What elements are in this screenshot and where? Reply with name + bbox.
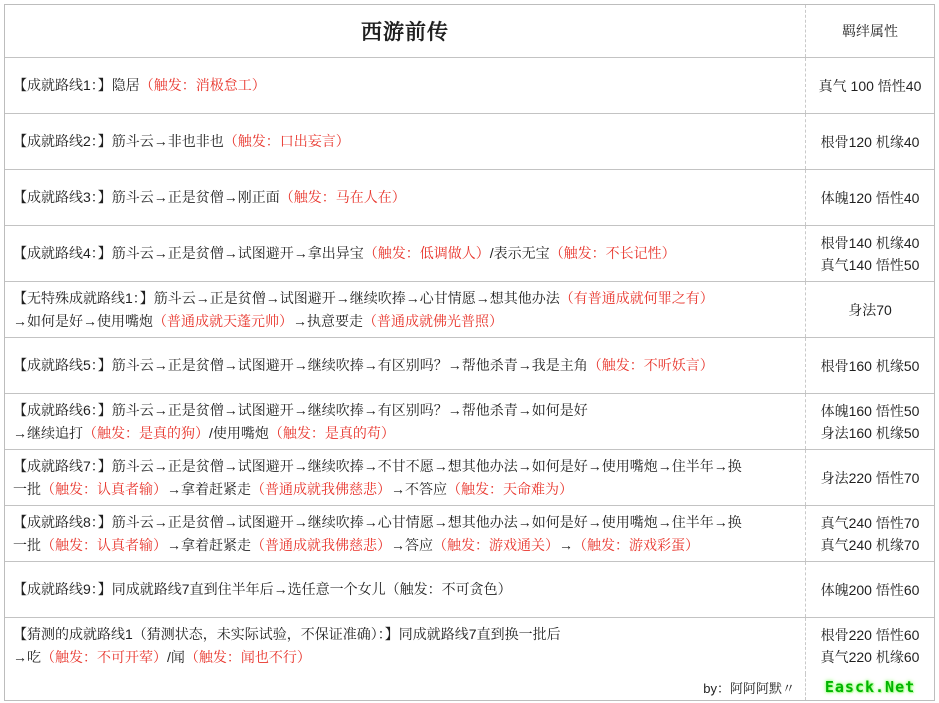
table-row: 【成就路线7：】筋斗云→正是贫僧→试图避开→继续吹捧→不甘不愿→想其他办法→如何… xyxy=(5,450,934,506)
table-row: 【成就路线6：】筋斗云→正是贫僧→试图避开→继续吹捧→有区别吗？→帮他杀青→如何… xyxy=(5,394,934,450)
table-row: 【成就路线1：】隐居（触发：消极怠工）真气 100 悟性40 xyxy=(5,58,934,114)
bond-attr-value: 身法70 xyxy=(848,299,892,321)
bond-attr-value: 真气240 机缘70 xyxy=(821,534,920,556)
route-line: 【猜测的成就路线1（猜测状态，未实际试验，不保证准确）：】同成就路线7直到换一批… xyxy=(13,623,797,646)
route-text: →吃 xyxy=(13,649,41,665)
guide-table: 西游前传 羁绊属性 【成就路线1：】隐居（触发：消极怠工）真气 100 悟性40… xyxy=(4,4,935,701)
route-cell: 【成就路线9：】同成就路线7直到住半年后→选任意一个女儿（触发：不可贪色） xyxy=(5,562,806,617)
route-text: 【成就路线4：】筋斗云→正是贫僧→试图避开→拿出异宝 xyxy=(13,245,364,261)
trigger-text: （普通成就佛光普照） xyxy=(363,313,503,329)
route-text: 【成就路线5：】筋斗云→正是贫僧→试图避开→继续吹捧→有区别吗？→帮他杀青→我是… xyxy=(13,357,588,373)
bond-attr-value: 真气220 机缘60 xyxy=(821,646,920,668)
route-line: 一批（触发：认真者输）→拿着赶紧走（普通成就我佛慈悲）→不答应（触发：天命难为） xyxy=(13,478,797,501)
author-credit: by：阿阿阿默〃 xyxy=(703,678,795,697)
attr-column-header: 羁绊属性 xyxy=(842,21,898,41)
trigger-text: （触发：是真的苟） xyxy=(269,425,395,441)
bond-attr-cell: 根骨120 机缘40 xyxy=(806,114,934,169)
trigger-text: （触发：认真者输） xyxy=(41,537,167,553)
route-text: 【成就路线1：】隐居 xyxy=(13,77,140,93)
trigger-text: （触发：天命难为） xyxy=(447,481,573,497)
trigger-text: （触发：不长记性） xyxy=(550,245,676,261)
table-row: 【成就路线8：】筋斗云→正是贫僧→试图避开→继续吹捧→心甘情愿→想其他办法→如何… xyxy=(5,506,934,562)
trigger-text: （触发：马在人在） xyxy=(280,189,406,205)
route-text: →答应 xyxy=(391,537,433,553)
route-text: →拿着赶紧走 xyxy=(167,537,251,553)
trigger-text: （触发：不听妖言） xyxy=(588,357,714,373)
route-text: 【成就路线7：】筋斗云→正是贫僧→试图避开→继续吹捧→不甘不愿→想其他办法→如何… xyxy=(13,458,742,474)
bond-attr-value: 根骨140 机缘40 xyxy=(821,232,920,254)
route-line: 一批（触发：认真者输）→拿着赶紧走（普通成就我佛慈悲）→答应（触发：游戏通关）→… xyxy=(13,534,797,557)
trigger-text: （触发：消极怠工） xyxy=(140,77,266,93)
route-cell: 【成就路线7：】筋斗云→正是贫僧→试图避开→继续吹捧→不甘不愿→想其他办法→如何… xyxy=(5,450,806,505)
table-row: 【成就路线5：】筋斗云→正是贫僧→试图避开→继续吹捧→有区别吗？→帮他杀青→我是… xyxy=(5,338,934,394)
trigger-text: （普通成就我佛慈悲） xyxy=(251,481,391,497)
route-cell: 【成就路线4：】筋斗云→正是贫僧→试图避开→拿出异宝（触发：低调做人）/表示无宝… xyxy=(5,226,806,281)
route-line: 【成就路线3：】筋斗云→正是贫僧→刚正面（触发：马在人在） xyxy=(13,186,797,209)
bond-attr-value: 根骨220 悟性60 xyxy=(821,624,920,646)
route-line: 【成就路线2：】筋斗云→非也非也（触发：口出妄言） xyxy=(13,130,797,153)
trigger-text: （有普通成就何罪之有） xyxy=(560,290,714,306)
credit-cell: by：阿阿阿默〃 xyxy=(5,674,806,700)
route-cell: 【无特殊成就路线1：】筋斗云→正是贫僧→试图避开→继续吹捧→心甘情愿→想其他办法… xyxy=(5,282,806,337)
route-line: 【成就路线9：】同成就路线7直到住半年后→选任意一个女儿（触发：不可贪色） xyxy=(13,578,797,601)
bond-attr-cell: 体魄120 悟性40 xyxy=(806,170,934,225)
route-text: →继续追打 xyxy=(13,425,83,441)
route-line: 【无特殊成就路线1：】筋斗云→正是贫僧→试图避开→继续吹捧→心甘情愿→想其他办法… xyxy=(13,287,797,310)
bond-attr-cell: 根骨140 机缘40真气140 悟性50 xyxy=(806,226,934,281)
route-text: /使用嘴炮 xyxy=(209,425,269,441)
route-text: 一批 xyxy=(13,481,41,497)
route-line: →如何是好→使用嘴炮（普通成就天蓬元帅）→执意要走（普通成就佛光普照） xyxy=(13,310,797,333)
site-watermark-link[interactable]: Easck.Net xyxy=(825,678,915,696)
table-row: 【成就路线9：】同成就路线7直到住半年后→选任意一个女儿（触发：不可贪色）体魄2… xyxy=(5,562,934,618)
route-text: 【成就路线8：】筋斗云→正是贫僧→试图避开→继续吹捧→心甘情愿→想其他办法→如何… xyxy=(13,514,742,530)
trigger-text: （普通成就我佛慈悲） xyxy=(251,537,391,553)
route-text: →执意要走 xyxy=(293,313,363,329)
route-cell: 【成就路线3：】筋斗云→正是贫僧→刚正面（触发：马在人在） xyxy=(5,170,806,225)
route-line: 【成就路线5：】筋斗云→正是贫僧→试图避开→继续吹捧→有区别吗？→帮他杀青→我是… xyxy=(13,354,797,377)
page-title: 西游前传 xyxy=(13,16,797,46)
table-row: 【猜测的成就路线1（猜测状态，未实际试验，不保证准确）：】同成就路线7直到换一批… xyxy=(5,618,934,674)
bond-attr-value: 体魄160 悟性50 xyxy=(821,400,920,422)
route-line: 【成就路线6：】筋斗云→正是贫僧→试图避开→继续吹捧→有区别吗？→帮他杀青→如何… xyxy=(13,399,797,422)
bond-attr-value: 真气140 悟性50 xyxy=(821,254,920,276)
footer-row: by：阿阿阿默〃 Easck.Net xyxy=(5,674,934,700)
route-cell: 【猜测的成就路线1（猜测状态，未实际试验，不保证准确）：】同成就路线7直到换一批… xyxy=(5,618,806,674)
route-cell: 【成就路线5：】筋斗云→正是贫僧→试图避开→继续吹捧→有区别吗？→帮他杀青→我是… xyxy=(5,338,806,393)
route-line: →继续追打（触发：是真的狗）/使用嘴炮（触发：是真的苟） xyxy=(13,422,797,445)
trigger-text: （触发：口出妄言） xyxy=(224,133,350,149)
route-line: 【成就路线1：】隐居（触发：消极怠工） xyxy=(13,74,797,97)
bond-attr-cell: 身法70 xyxy=(806,282,934,337)
route-text: 一批 xyxy=(13,537,41,553)
bond-attr-value: 身法160 机缘50 xyxy=(821,422,920,444)
bond-attr-cell: 根骨160 机缘50 xyxy=(806,338,934,393)
attr-header-cell: 羁绊属性 xyxy=(806,5,934,57)
route-cell: 【成就路线2：】筋斗云→非也非也（触发：口出妄言） xyxy=(5,114,806,169)
bond-attr-cell: 身法220 悟性70 xyxy=(806,450,934,505)
route-text: /表示无宝 xyxy=(490,245,550,261)
trigger-text: （触发：认真者输） xyxy=(41,481,167,497)
bond-attr-value: 身法220 悟性70 xyxy=(821,467,920,489)
table-row: 【成就路线2：】筋斗云→非也非也（触发：口出妄言）根骨120 机缘40 xyxy=(5,114,934,170)
route-text: 【猜测的成就路线1（猜测状态，未实际试验，不保证准确）：】同成就路线7直到换一批… xyxy=(13,626,561,642)
table-body: 【成就路线1：】隐居（触发：消极怠工）真气 100 悟性40【成就路线2：】筋斗… xyxy=(5,58,934,674)
route-text: /闻 xyxy=(167,649,185,665)
route-cell: 【成就路线1：】隐居（触发：消极怠工） xyxy=(5,58,806,113)
header-row: 西游前传 羁绊属性 xyxy=(5,5,934,58)
trigger-text: （触发：不可开荤） xyxy=(41,649,167,665)
bond-attr-cell: 真气 100 悟性40 xyxy=(806,58,934,113)
bond-attr-value: 根骨120 机缘40 xyxy=(821,131,920,153)
route-text: 【无特殊成就路线1：】筋斗云→正是贫僧→试图避开→继续吹捧→心甘情愿→想其他办法 xyxy=(13,290,560,306)
route-text: 【成就路线9：】同成就路线7直到住半年后→选任意一个女儿（触发：不可贪色） xyxy=(13,581,512,597)
bond-attr-value: 真气 100 悟性40 xyxy=(819,75,922,97)
route-cell: 【成就路线8：】筋斗云→正是贫僧→试图避开→继续吹捧→心甘情愿→想其他办法→如何… xyxy=(5,506,806,561)
bond-attr-cell: 根骨220 悟性60真气220 机缘60 xyxy=(806,618,934,674)
bond-attr-value: 真气240 悟性70 xyxy=(821,512,920,534)
table-row: 【成就路线3：】筋斗云→正是贫僧→刚正面（触发：马在人在）体魄120 悟性40 xyxy=(5,170,934,226)
bond-attr-cell: 真气240 悟性70真气240 机缘70 xyxy=(806,506,934,561)
bond-attr-value: 体魄120 悟性40 xyxy=(821,187,920,209)
bond-attr-cell: 体魄160 悟性50身法160 机缘50 xyxy=(806,394,934,449)
route-line: 【成就路线8：】筋斗云→正是贫僧→试图避开→继续吹捧→心甘情愿→想其他办法→如何… xyxy=(13,511,797,534)
route-text: 【成就路线3：】筋斗云→正是贫僧→刚正面 xyxy=(13,189,280,205)
route-text: →不答应 xyxy=(391,481,447,497)
trigger-text: （普通成就天蓬元帅） xyxy=(153,313,293,329)
table-row: 【无特殊成就路线1：】筋斗云→正是贫僧→试图避开→继续吹捧→心甘情愿→想其他办法… xyxy=(5,282,934,338)
watermark-cell: Easck.Net xyxy=(806,674,934,700)
trigger-text: （触发：是真的狗） xyxy=(83,425,209,441)
title-cell: 西游前传 xyxy=(5,5,806,57)
route-cell: 【成就路线6：】筋斗云→正是贫僧→试图避开→继续吹捧→有区别吗？→帮他杀青→如何… xyxy=(5,394,806,449)
trigger-text: （触发：游戏通关） xyxy=(433,537,559,553)
bond-attr-value: 体魄200 悟性60 xyxy=(821,579,920,601)
route-text: 【成就路线2：】筋斗云→非也非也 xyxy=(13,133,224,149)
trigger-text: （触发：游戏彩蛋） xyxy=(573,537,699,553)
route-text: →如何是好→使用嘴炮 xyxy=(13,313,153,329)
trigger-text: （触发：低调做人） xyxy=(364,245,490,261)
table-row: 【成就路线4：】筋斗云→正是贫僧→试图避开→拿出异宝（触发：低调做人）/表示无宝… xyxy=(5,226,934,282)
route-line: →吃（触发：不可开荤）/闻（触发：闻也不行） xyxy=(13,646,797,669)
route-text: 【成就路线6：】筋斗云→正是贫僧→试图避开→继续吹捧→有区别吗？→帮他杀青→如何… xyxy=(13,402,588,418)
bond-attr-value: 根骨160 机缘50 xyxy=(821,355,920,377)
route-line: 【成就路线7：】筋斗云→正是贫僧→试图避开→继续吹捧→不甘不愿→想其他办法→如何… xyxy=(13,455,797,478)
trigger-text: （触发：闻也不行） xyxy=(185,649,311,665)
bond-attr-cell: 体魄200 悟性60 xyxy=(806,562,934,617)
route-text: →拿着赶紧走 xyxy=(167,481,251,497)
route-line: 【成就路线4：】筋斗云→正是贫僧→试图避开→拿出异宝（触发：低调做人）/表示无宝… xyxy=(13,242,797,265)
route-text: → xyxy=(559,537,573,553)
